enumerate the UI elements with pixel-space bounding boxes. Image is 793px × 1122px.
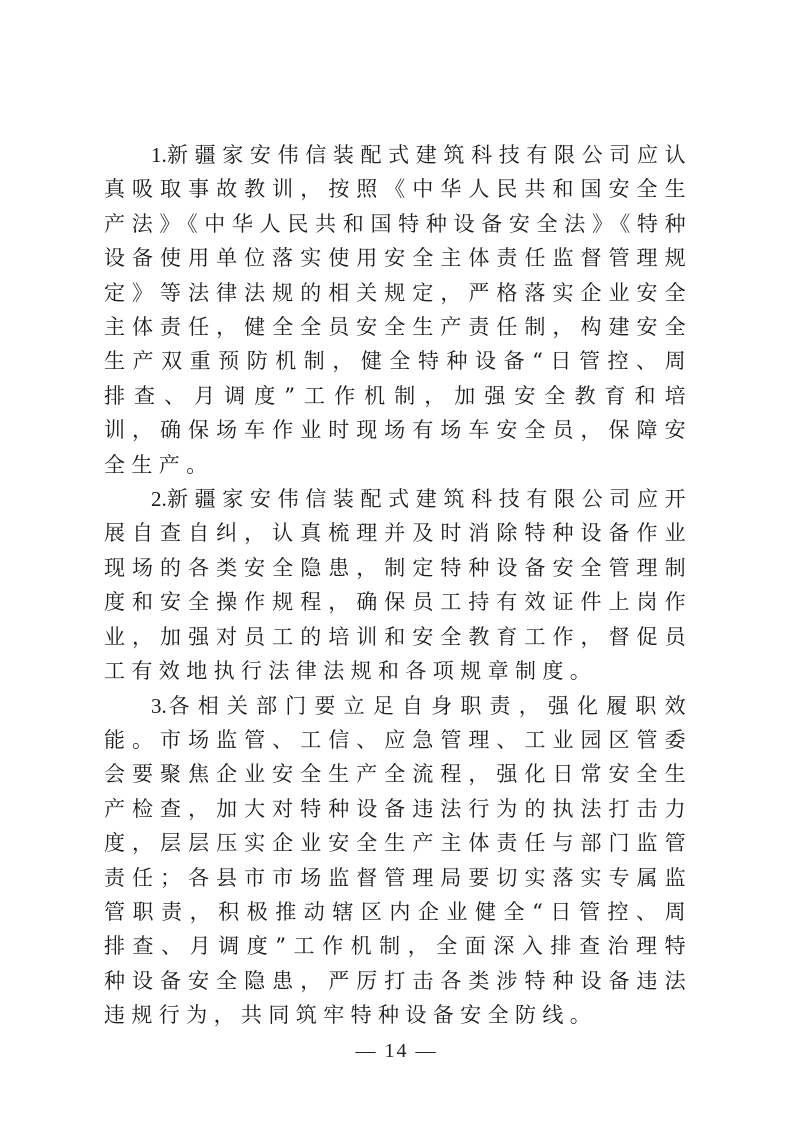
paragraph-3: 3.各相关部门要立足自身职责，强化履职效能。市场监管、工信、应急管理、工业园区管… [104,689,692,1033]
page-number: — 14 — [0,1040,793,1063]
paragraph-number: 2. [151,487,167,511]
paragraph-number: 1. [151,143,167,167]
paragraph-2: 2.新疆家安伟信装配式建筑科技有限公司应开展自查自纠，认真梳理并及时消除特种设备… [104,482,692,688]
paragraph-text: 新疆家安伟信装配式建筑科技有限公司应认真吸取事故教训，按照《中华人民共和国安全生… [104,143,692,477]
paragraph-text: 各相关部门要立足自身职责，强化履职效能。市场监管、工信、应急管理、工业园区管委会… [104,694,692,1028]
paragraph-text: 新疆家安伟信装配式建筑科技有限公司应开展自查自纠，认真梳理并及时消除特种设备作业… [104,487,692,683]
document-body: 1.新疆家安伟信装配式建筑科技有限公司应认真吸取事故教训，按照《中华人民共和国安… [104,138,692,1033]
paragraph-number: 3. [151,694,167,718]
paragraph-1: 1.新疆家安伟信装配式建筑科技有限公司应认真吸取事故教训，按照《中华人民共和国安… [104,138,692,482]
